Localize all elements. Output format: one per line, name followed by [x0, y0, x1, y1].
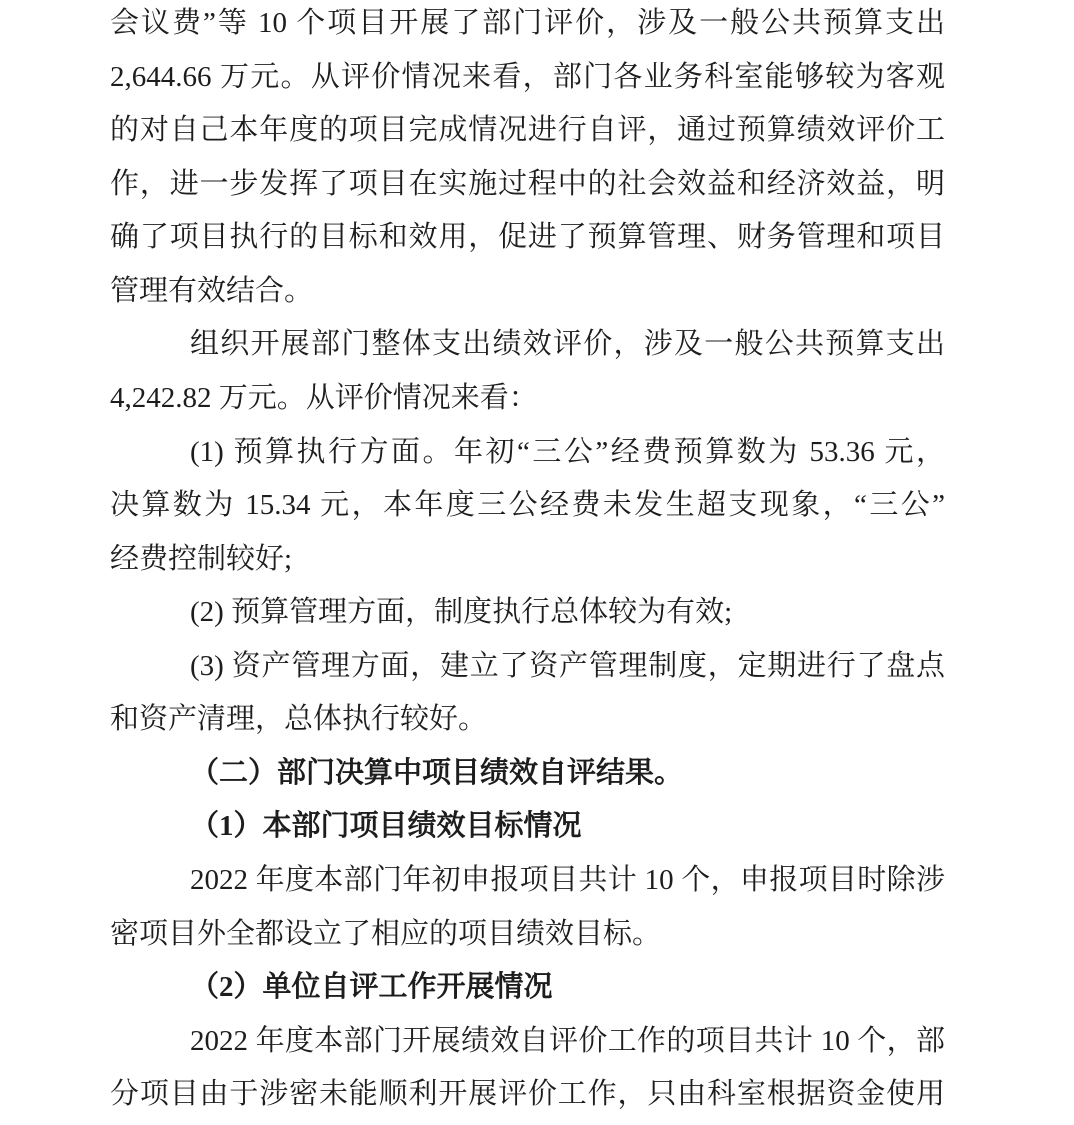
- document-body: 会议费”等 10 个项目开展了部门评价，涉及一般公共预算支出 2,644.66 …: [0, 0, 1074, 1122]
- doc-line: 4,242.82 万元。从评价情况来看：: [110, 372, 945, 426]
- doc-line: (2) 预算管理方面，制度执行总体较为有效;: [110, 586, 945, 640]
- doc-line: 会议费”等 10 个项目开展了部门评价，涉及一般公共预算支出: [110, 0, 945, 51]
- doc-line: 密项目外全都设立了相应的项目绩效目标。: [110, 908, 945, 962]
- doc-line: (3) 资产管理方面，建立了资产管理制度，定期进行了盘点: [110, 640, 945, 694]
- doc-line: 的对自己本年度的项目完成情况进行自评，通过预算绩效评价工: [110, 104, 945, 158]
- doc-line: 经费控制较好;: [110, 533, 945, 587]
- doc-line: 2022 年度本部门开展绩效自评价工作的项目共计 10 个，部: [110, 1015, 945, 1069]
- doc-line: 决算数为 15.34 元，本年度三公经费未发生超支现象，“三公”: [110, 479, 945, 533]
- doc-line: 2,644.66 万元。从评价情况来看，部门各业务科室能够较为客观: [110, 51, 945, 105]
- doc-line: 2022 年度本部门年初申报项目共计 10 个，申报项目时除涉: [110, 854, 945, 908]
- doc-line: 和资产清理，总体执行较好。: [110, 693, 945, 747]
- doc-line: 分项目由于涉密未能顺利开展评价工作，只由科室根据资金使用: [110, 1068, 945, 1122]
- doc-line: 管理有效结合。: [110, 265, 945, 319]
- section-heading: （1）本部门项目绩效目标情况: [110, 800, 945, 854]
- doc-line: 确了项目执行的目标和效用，促进了预算管理、财务管理和项目: [110, 211, 945, 265]
- section-heading: （2）单位自评工作开展情况: [110, 961, 945, 1015]
- doc-line: (1) 预算执行方面。年初“三公”经费预算数为 53.36 元，: [110, 426, 945, 480]
- section-heading: （二）部门决算中项目绩效自评结果。: [110, 747, 945, 801]
- doc-line: 组织开展部门整体支出绩效评价，涉及一般公共预算支出: [110, 318, 945, 372]
- doc-line: 作，进一步发挥了项目在实施过程中的社会效益和经济效益，明: [110, 158, 945, 212]
- document-page: 会议费”等 10 个项目开展了部门评价，涉及一般公共预算支出 2,644.66 …: [0, 0, 1074, 1125]
